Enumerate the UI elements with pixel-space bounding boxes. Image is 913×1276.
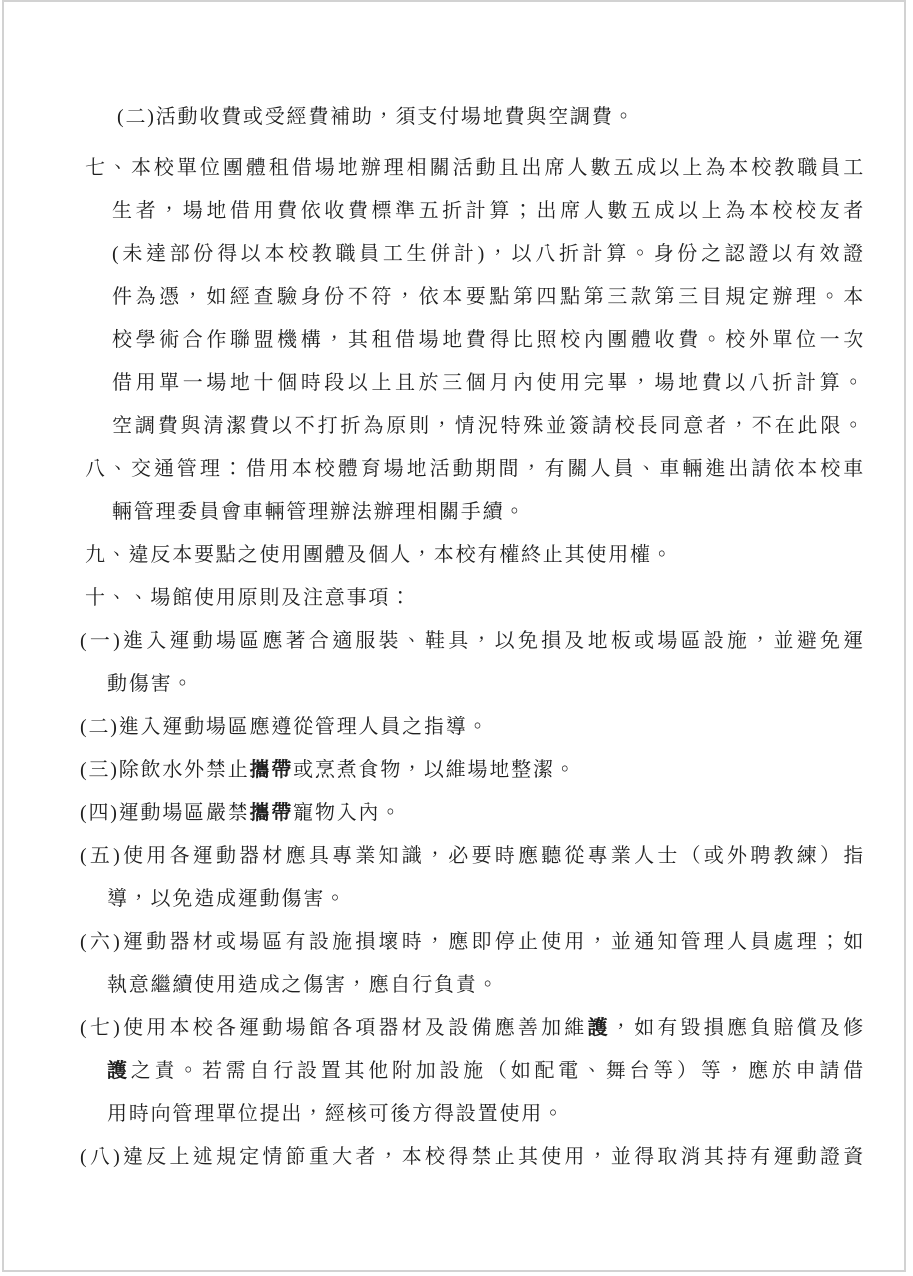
line-text: 空調費與清潔費以不打折為原則，情況特殊並簽請校長同意者，不在此限。 bbox=[112, 415, 865, 437]
line-text: 十、、場館使用原則及注意事項： bbox=[85, 587, 412, 609]
line-em: 護 bbox=[107, 1060, 131, 1082]
line-text: 寵物入內。 bbox=[293, 802, 402, 824]
line-text: 七、本校單位團體租借場地辦理相關活動且出席人數五成以上為本校教職員工 bbox=[85, 157, 865, 179]
line-text: ，如有毀損應負賠償及修 bbox=[611, 1017, 865, 1039]
line-text: 導，以免造成運動傷害。 bbox=[107, 888, 347, 910]
line-text: 生者，場地借用費依收費標準五折計算；出席人數五成以上為本校校友者 bbox=[112, 200, 865, 222]
line-text: 動傷害。 bbox=[107, 673, 194, 695]
line-text: 執意繼續使用造成之傷害，應自行負責。 bbox=[107, 974, 499, 996]
line-text: (四)運動場區嚴禁 bbox=[80, 802, 250, 824]
line-text: (一)進入運動場區應著合適服裝、鞋具，以免損及地板或場區設施，並避免運 bbox=[80, 630, 865, 652]
text-line: (四)運動場區嚴禁攜帶寵物入內。 bbox=[0, 792, 913, 835]
text-line: 校學術合作聯盟機構，其租借場地費得比照校內團體收費。校外單位一次 bbox=[0, 319, 913, 362]
line-em: 攜帶 bbox=[250, 759, 294, 781]
text-line: 九、違反本要點之使用團體及個人，本校有權終止其使用權。 bbox=[0, 534, 913, 577]
line-text: (八)違反上述規定情節重大者，本校得禁止其使用，並得取消其持有運動證資 bbox=[80, 1146, 865, 1168]
line-text: 件為憑，如經查驗身份不符，依本要點第四點第三款第三目規定辦理。本 bbox=[112, 286, 865, 308]
text-line: 輛管理委員會車輛管理辦法辦理相關手續。 bbox=[0, 491, 913, 534]
line-text: (二)活動收費或受經費補助，須支付場地費與空調費。 bbox=[117, 106, 635, 128]
text-line: (七)使用本校各運動場館各項器材及設備應善加維護，如有毀損應負賠償及修 bbox=[0, 1007, 913, 1050]
text-line: (六)運動器材或場區有設施損壞時，應即停止使用，並通知管理人員處理；如 bbox=[0, 921, 913, 964]
text-line: 護之責。若需自行設置其他附加設施（如配電、舞台等）等，應於申請借 bbox=[0, 1050, 913, 1093]
line-text: 借用單一場地十個時段以上且於三個月內使用完畢，場地費以八折計算。 bbox=[112, 372, 865, 394]
text-line: (二)活動收費或受經費補助，須支付場地費與空調費。 bbox=[0, 96, 913, 139]
line-text: (三)除飲水外禁止 bbox=[80, 759, 250, 781]
text-line: 執意繼續使用造成之傷害，應自行負責。 bbox=[0, 964, 913, 1007]
text-line: 件為憑，如經查驗身份不符，依本要點第四點第三款第三目規定辦理。本 bbox=[0, 276, 913, 319]
text-line: 動傷害。 bbox=[0, 663, 913, 706]
line-em: 攜帶 bbox=[250, 802, 294, 824]
text-line: 導，以免造成運動傷害。 bbox=[0, 878, 913, 921]
document-body: (二)活動收費或受經費補助，須支付場地費與空調費。 七、本校單位團體租借場地辦理… bbox=[0, 96, 913, 1179]
text-line: 十、、場館使用原則及注意事項： bbox=[0, 577, 913, 620]
document-page: (二)活動收費或受經費補助，須支付場地費與空調費。 七、本校單位團體租借場地辦理… bbox=[0, 0, 913, 1276]
line-text: 校學術合作聯盟機構，其租借場地費得比照校內團體收費。校外單位一次 bbox=[112, 329, 865, 351]
line-text: 輛管理委員會車輛管理辦法辦理相關手續。 bbox=[112, 501, 526, 523]
line-em: 護 bbox=[588, 1017, 611, 1039]
text-line: (八)違反上述規定情節重大者，本校得禁止其使用，並得取消其持有運動證資 bbox=[0, 1136, 913, 1179]
line-text: (二)進入運動場區應遵從管理人員之指導。 bbox=[80, 716, 489, 738]
text-line: (未達部份得以本校教職員工生併計)，以八折計算。身份之認證以有效證 bbox=[0, 233, 913, 276]
line-text: (未達部份得以本校教職員工生併計)，以八折計算。身份之認證以有效證 bbox=[112, 243, 865, 265]
line-text: 或烹煮食物，以維場地整潔。 bbox=[293, 759, 576, 781]
text-line: 借用單一場地十個時段以上且於三個月內使用完畢，場地費以八折計算。 bbox=[0, 362, 913, 405]
text-line: 八、交通管理：借用本校體育場地活動期間，有關人員、車輛進出請依本校車 bbox=[0, 448, 913, 491]
text-line: 空調費與清潔費以不打折為原則，情況特殊並簽請校長同意者，不在此限。 bbox=[0, 405, 913, 448]
line-text: (七)使用本校各運動場館各項器材及設備應善加維 bbox=[80, 1017, 588, 1039]
text-line: 七、本校單位團體租借場地辦理相關活動且出席人數五成以上為本校教職員工 bbox=[0, 147, 913, 190]
line-text: 用時向管理單位提出，經核可後方得設置使用。 bbox=[107, 1103, 565, 1125]
text-line: (五)使用各運動器材應具專業知識，必要時應聽從專業人士（或外聘教練）指 bbox=[0, 835, 913, 878]
line-text: (六)運動器材或場區有設施損壞時，應即停止使用，並通知管理人員處理；如 bbox=[80, 931, 865, 953]
text-line: (一)進入運動場區應著合適服裝、鞋具，以免損及地板或場區設施，並避免運 bbox=[0, 620, 913, 663]
line-text: 之責。若需自行設置其他附加設施（如配電、舞台等）等，應於申請借 bbox=[131, 1060, 865, 1082]
text-line: 用時向管理單位提出，經核可後方得設置使用。 bbox=[0, 1093, 913, 1136]
text-line: (二)進入運動場區應遵從管理人員之指導。 bbox=[0, 706, 913, 749]
text-line: (三)除飲水外禁止攜帶或烹煮食物，以維場地整潔。 bbox=[0, 749, 913, 792]
text-line: 生者，場地借用費依收費標準五折計算；出席人數五成以上為本校校友者 bbox=[0, 190, 913, 233]
line-text: 八、交通管理：借用本校體育場地活動期間，有關人員、車輛進出請依本校車 bbox=[85, 458, 865, 480]
line-text: 九、違反本要點之使用團體及個人，本校有權終止其使用權。 bbox=[85, 544, 674, 566]
line-text: (五)使用各運動器材應具專業知識，必要時應聽從專業人士（或外聘教練）指 bbox=[80, 845, 865, 867]
